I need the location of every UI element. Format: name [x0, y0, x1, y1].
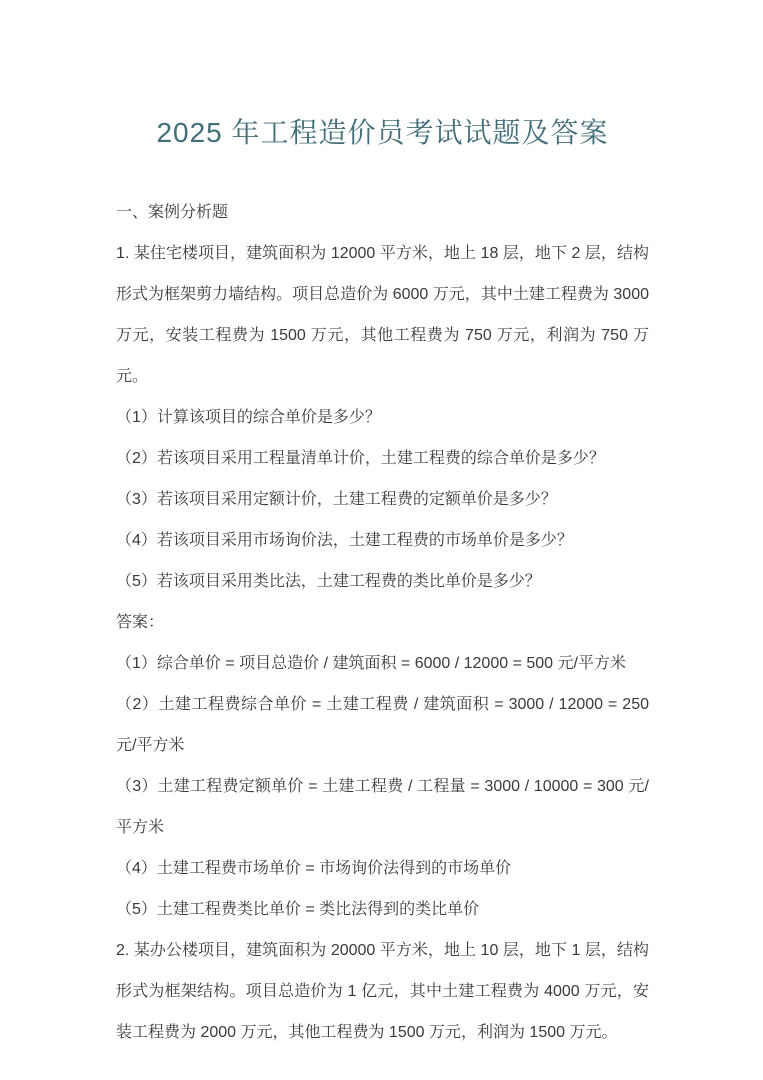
question-1-sub-question-5: （5）若该项目采用类比法，土建工程费的类比单价是多少？: [116, 561, 649, 602]
answer-3: （3）土建工程费定额单价 = 土建工程费 / 工程量 = 3000 / 1000…: [116, 766, 649, 848]
question-1-sub-question-3: （3）若该项目采用定额计价，土建工程费的定额单价是多少？: [116, 479, 649, 520]
answer-2: （2）土建工程费综合单价 = 土建工程费 / 建筑面积 = 3000 / 120…: [116, 684, 649, 766]
document-title: 2025 年工程造价员考试试题及答案: [116, 112, 649, 154]
question-1-stem: 1. 某住宅楼项目，建筑面积为 12000 平方米，地上 18 层，地下 2 层…: [116, 233, 649, 397]
question-1-sub-question-4: （4）若该项目采用市场询价法，土建工程费的市场单价是多少？: [116, 520, 649, 561]
question-1-sub-question-2: （2）若该项目采用工程量清单计价，土建工程费的综合单价是多少？: [116, 438, 649, 479]
answer-label: 答案：: [116, 602, 649, 643]
question-1-sub-question-1: （1）计算该项目的综合单价是多少？: [116, 397, 649, 438]
document-page: 2025 年工程造价员考试试题及答案 一、案例分析题 1. 某住宅楼项目，建筑面…: [0, 0, 763, 1080]
answer-1: （1）综合单价 = 项目总造价 / 建筑面积 = 6000 / 12000 = …: [116, 643, 649, 684]
answer-5: （5）土建工程费类比单价 = 类比法得到的类比单价: [116, 889, 649, 930]
answer-4: （4）土建工程费市场单价 = 市场询价法得到的市场单价: [116, 848, 649, 889]
question-2-stem: 2. 某办公楼项目，建筑面积为 20000 平方米，地上 10 层，地下 1 层…: [116, 930, 649, 1053]
section-heading: 一、案例分析题: [116, 192, 649, 233]
